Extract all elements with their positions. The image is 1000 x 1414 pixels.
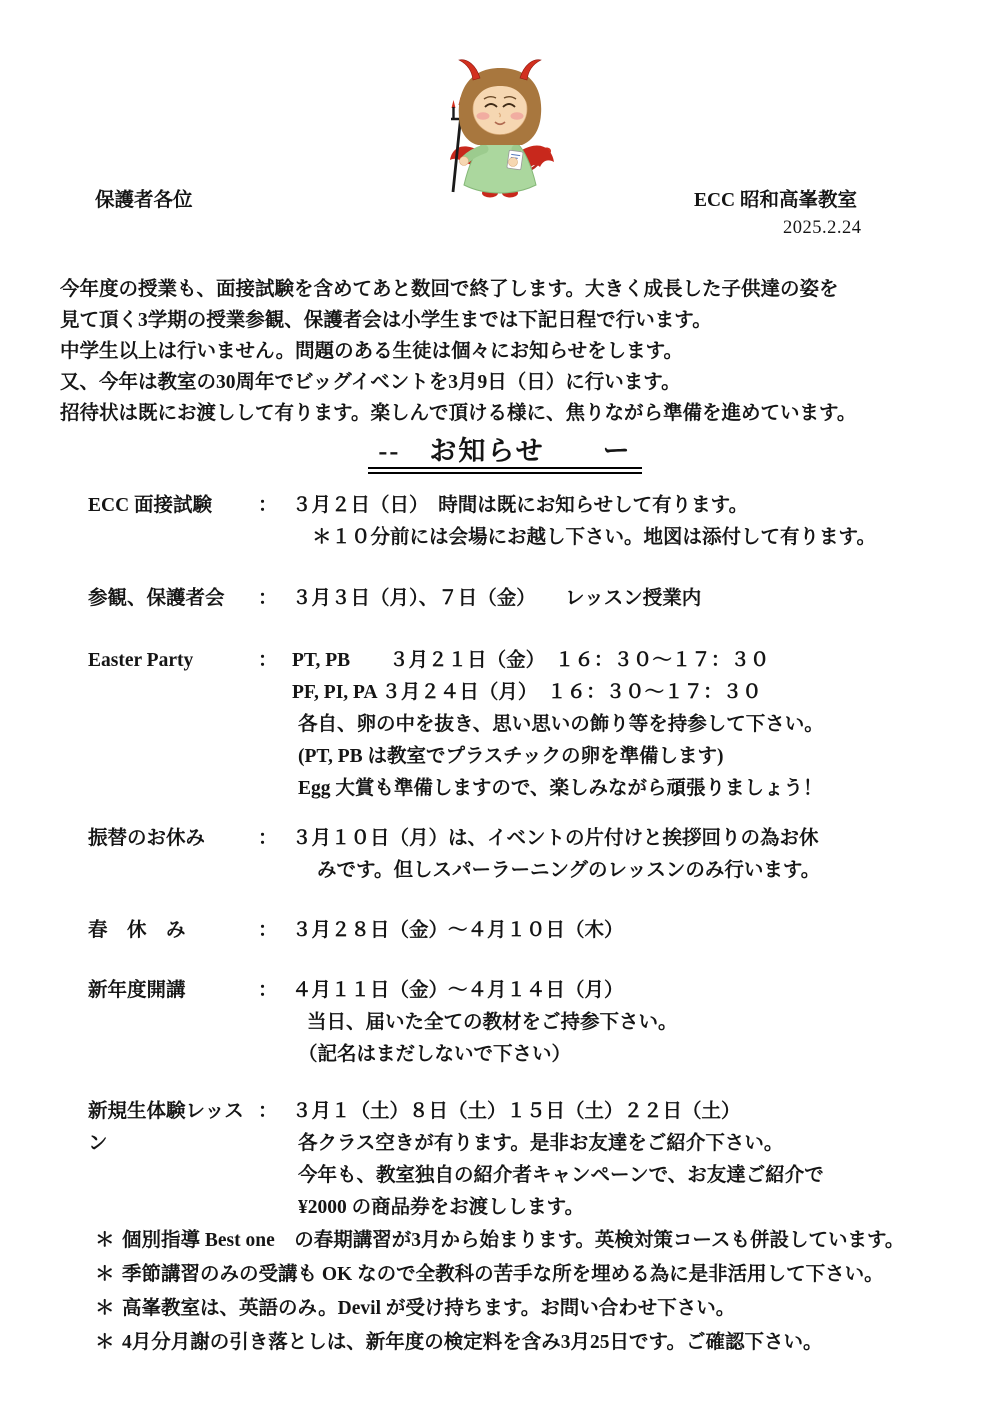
section-label: 春 休 み: [60, 915, 258, 947]
note-item: ＊ 高峯教室は、英語のみ。Devil が受け持ちます。お問い合わせ下さい。: [60, 1292, 950, 1326]
newsletter-page: 保護者各位 ECC 昭和高峯教室 2025.2.24 今年度の授業も、面接試験を…: [0, 0, 1000, 1414]
section-content: ３月３日（月）、７日（金） レッスン授業内: [292, 583, 950, 615]
footer-notes: ＊ 個別指導 Best one の春期講習が3月から始まります。英検対策コースも…: [60, 1224, 950, 1360]
intro-line: 招待状は既にお渡しして有ります。楽しんで頂ける様に、焦りながら準備を進めています…: [60, 398, 950, 429]
section-line: 各クラス空きが有ります。是非お友達をご紹介下さい。: [292, 1128, 950, 1160]
section-line: Egg 大賞も準備しますので、楽しみながら頑張りましょう！: [292, 773, 950, 805]
note-marker: ＊: [95, 1258, 122, 1292]
section-line: ３月３日（月）、７日（金） レッスン授業内: [292, 583, 950, 615]
note-item: ＊ 季節講習のみの受講も OK なので全教科の苦手な所を埋める為に是非活用して下…: [60, 1258, 950, 1292]
section-line: 今年も、教室独自の紹介者キャンペーンで、お友達ご紹介で: [292, 1160, 950, 1192]
section-line: （記名はまだしないで下さい）: [292, 1039, 950, 1071]
section-line: 当日、届いた全ての教材をご持参下さい。: [292, 1007, 950, 1039]
section-content: ３月２日（日） 時間は既にお知らせして有ります。 ＊１０分前には会場にお越し下さ…: [292, 490, 950, 554]
intro-line: 見て頂く3学期の授業参観、保護者会は小学生までは下記日程で行います。: [60, 305, 950, 336]
section-content: ４月１１日（金）～４月１４日（月） 当日、届いた全ての教材をご持参下さい。 （記…: [292, 975, 950, 1071]
section-colon: ：: [258, 645, 292, 805]
section-line: ３月２日（日） 時間は既にお知らせして有ります。: [292, 490, 950, 522]
section-label: 参観、保護者会: [60, 583, 258, 615]
note-marker: ＊: [95, 1326, 122, 1360]
section-content: ３月１（土）８日（土）１５日（土）２２日（土） 各クラス空きが有ります。是非お友…: [292, 1096, 950, 1224]
section-line: ３月２８日（金）～４月１０日（木）: [292, 915, 950, 947]
section-furikae: 振替のお休み ： ３月１０日（月）は、イベントの片付けと挨拶回りの為お休 みです…: [60, 823, 950, 887]
note-text: 4月分月謝の引き落としは、新年度の検定料を含み3月25日です。ご確認下さい。: [122, 1326, 822, 1360]
section-line: (PT, PB は教室でプラスチックの卵を準備します): [292, 741, 950, 773]
section-line: ¥2000 の商品券をお渡しします。: [292, 1192, 950, 1224]
section-colon: ：: [258, 823, 292, 887]
section-taiken-lesson: 新規生体験レッスン ： ３月１（土）８日（土）１５日（土）２２日（土） 各クラス…: [60, 1096, 950, 1224]
section-line: 各自、卵の中を抜き、思い思いの飾り等を持参して下さい。: [292, 709, 950, 741]
header-row: 保護者各位 ECC 昭和高峯教室: [95, 184, 857, 212]
notice-title-wrap: -- お知らせ ー: [60, 437, 950, 474]
section-content: ３月２８日（金）～４月１０日（木）: [292, 915, 950, 947]
section-line: みです。但しスパーラーニングのレッスンのみ行います。: [292, 855, 950, 887]
section-haruyasumi: 春 休 み ： ３月２８日（金）～４月１０日（木）: [60, 915, 950, 947]
note-marker: ＊: [95, 1224, 122, 1258]
section-shinnendo: 新年度開講 ： ４月１１日（金）～４月１４日（月） 当日、届いた全ての教材をご持…: [60, 975, 950, 1071]
section-line: ３月１（土）８日（土）１５日（土）２２日（土）: [292, 1096, 950, 1128]
intro-line: 今年度の授業も、面接試験を含めてあと数回で終了します。大きく成長した子供達の姿を: [60, 274, 950, 305]
section-label: 新年度開講: [60, 975, 258, 1071]
notice-sections: ECC 面接試験 ： ３月２日（日） 時間は既にお知らせして有ります。 ＊１０分…: [60, 490, 950, 1224]
section-label: Easter Party: [60, 645, 258, 805]
note-text: 個別指導 Best one の春期講習が3月から始まります。英検対策コースも併設…: [122, 1224, 904, 1258]
intro-paragraph: 今年度の授業も、面接試験を含めてあと数回で終了します。大きく成長した子供達の姿を…: [60, 274, 950, 429]
section-easter-party: Easter Party ： PT, PB ３月２１日（金） １６：３０～１７：…: [60, 645, 950, 805]
note-text: 季節講習のみの受講も OK なので全教科の苦手な所を埋める為に是非活用して下さい…: [122, 1258, 884, 1292]
devil-mascot-icon: [415, 56, 585, 204]
section-ecc-interview: ECC 面接試験 ： ３月２日（日） 時間は既にお知らせして有ります。 ＊１０分…: [60, 490, 950, 554]
note-item: ＊ 個別指導 Best one の春期講習が3月から始まります。英検対策コースも…: [60, 1224, 950, 1258]
section-content: ３月１０日（月）は、イベントの片付けと挨拶回りの為お休 みです。但しスパーラーニ…: [292, 823, 950, 887]
section-colon: ：: [258, 583, 292, 615]
section-sankan: 参観、保護者会 ： ３月３日（月）、７日（金） レッスン授業内: [60, 583, 950, 615]
recipient: 保護者各位: [95, 184, 193, 212]
note-item: ＊ 4月分月謝の引き落としは、新年度の検定料を含み3月25日です。ご確認下さい。: [60, 1326, 950, 1360]
school-name: ECC 昭和高峯教室: [694, 184, 857, 212]
note-text: 高峯教室は、英語のみ。Devil が受け持ちます。お問い合わせ下さい。: [122, 1292, 735, 1326]
intro-line: 又、今年は教室の30周年でビッグイベントを3月9日（日）に行います。: [60, 367, 950, 398]
section-label: ECC 面接試験: [60, 490, 258, 554]
section-colon: ：: [258, 975, 292, 1071]
section-content: PT, PB ３月２１日（金） １６：３０～１７：３０ PF, PI, PA ３…: [292, 645, 950, 805]
section-line: ３月１０日（月）は、イベントの片付けと挨拶回りの為お休: [292, 823, 950, 855]
section-label: 振替のお休み: [60, 823, 258, 887]
section-colon: ：: [258, 915, 292, 947]
section-colon: ：: [258, 1096, 292, 1224]
document-body: 今年度の授業も、面接試験を含めてあと数回で終了します。大きく成長した子供達の姿を…: [60, 274, 950, 1360]
notice-title: -- お知らせ ー: [368, 437, 641, 474]
section-line: ４月１１日（金）～４月１４日（月）: [292, 975, 950, 1007]
section-colon: ：: [258, 490, 292, 554]
section-label: 新規生体験レッスン: [60, 1096, 258, 1224]
note-marker: ＊: [95, 1292, 122, 1326]
document-date: 2025.2.24: [783, 218, 862, 239]
intro-line: 中学生以上は行いません。問題のある生徒は個々にお知らせをします。: [60, 336, 950, 367]
section-line: ＊１０分前には会場にお越し下さい。地図は添付して有ります。: [292, 522, 950, 554]
section-line: PF, PI, PA ３月２４日（月） １６：３０～１７：３０: [292, 677, 950, 709]
section-line: PT, PB ３月２１日（金） １６：３０～１７：３０: [292, 645, 950, 677]
